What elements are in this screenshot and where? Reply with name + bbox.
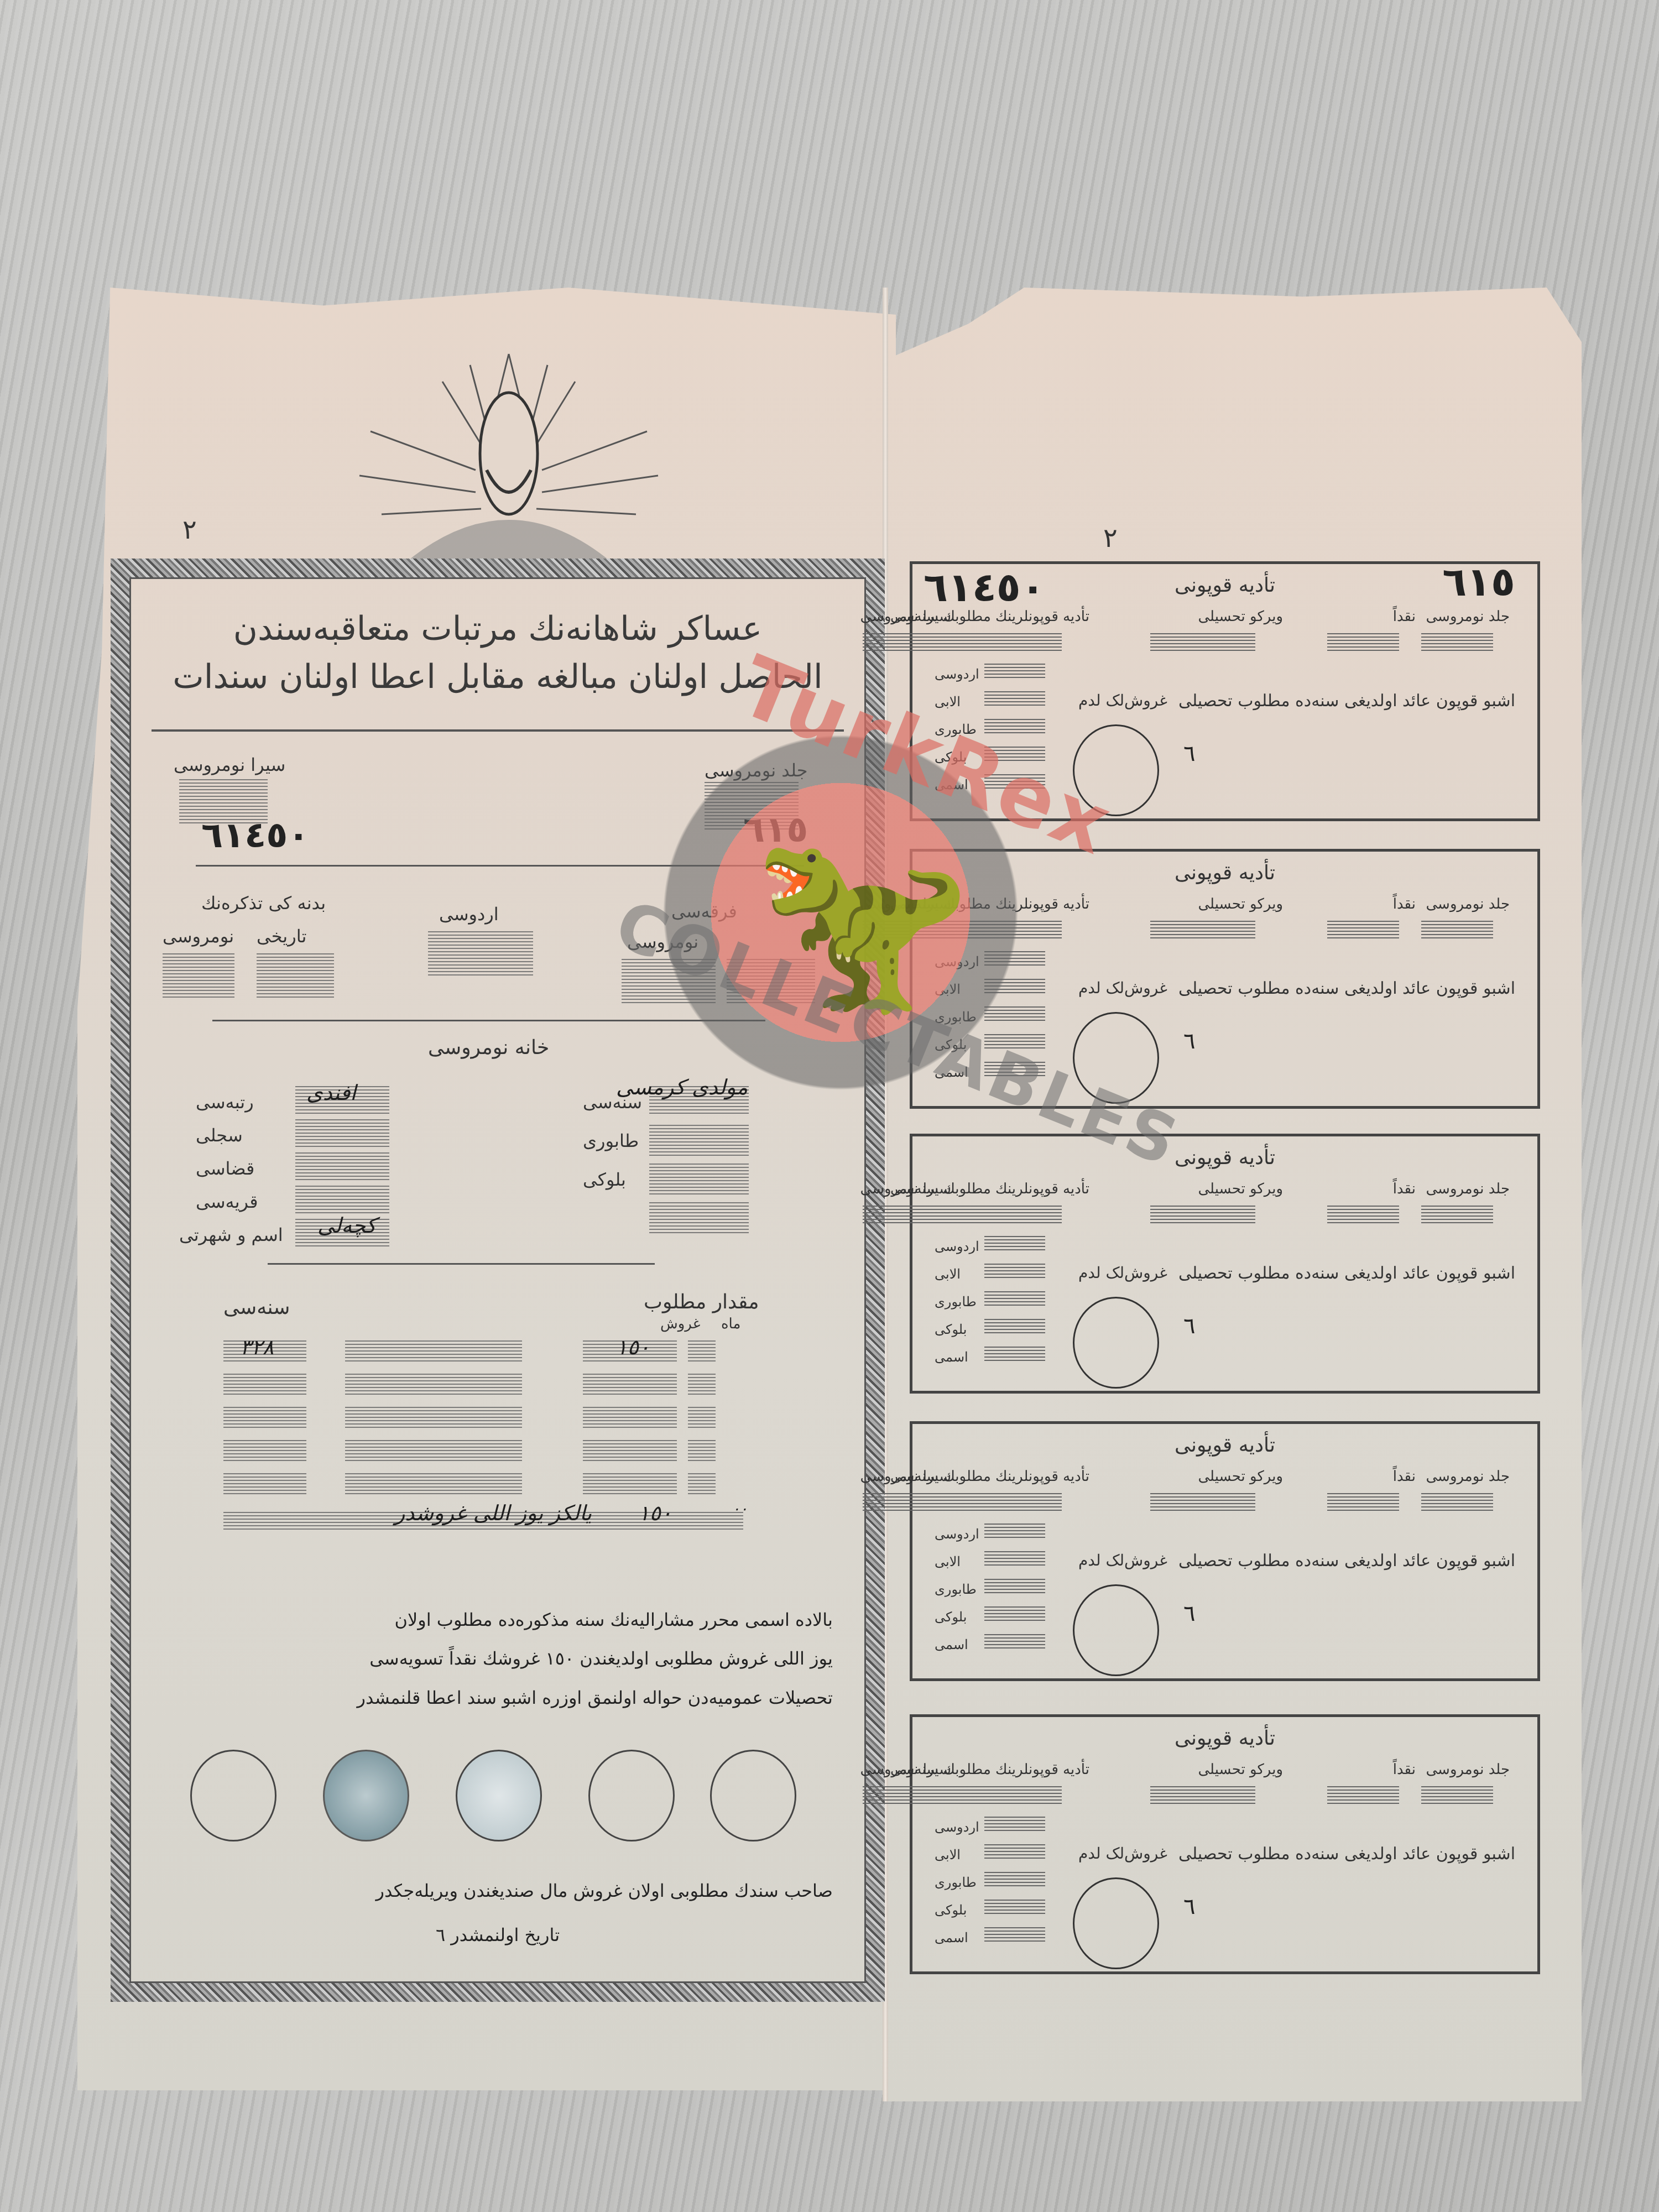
table-desc-cell <box>345 1473 522 1496</box>
table-amount-value: ١٥٠ <box>616 1335 650 1359</box>
field-tezkere-date-label: تاریخی <box>257 926 306 947</box>
table-month-cell <box>688 1473 716 1496</box>
body-line-1: بالاده اسمی محرر مشارالیه‌نك سنه مذکوره‌… <box>163 1600 833 1639</box>
coupon-side-label: الابی <box>935 694 961 709</box>
certificate-heading: عساکر شاهانه‌نك مرتبات متعاقبه‌سندن الحا… <box>152 605 844 701</box>
coupon-side-label: اسمی <box>935 1930 968 1945</box>
coupon-header: جلد نومروسی <box>1426 1468 1510 1485</box>
page-number-left: ٢ <box>182 514 197 545</box>
table-year-cell <box>223 1440 306 1463</box>
field-tezkere-number-label: نومروسی <box>163 926 234 947</box>
coupon-field <box>1327 921 1399 941</box>
seal-slot-5 <box>710 1750 796 1841</box>
coupon-header: ویرکو تحسیلی <box>1198 896 1283 912</box>
kaza-label: قضاسی <box>196 1158 254 1179</box>
coupon-field <box>1150 1786 1255 1806</box>
seal-stamp-pale <box>456 1750 542 1841</box>
table-month-cell <box>688 1340 716 1364</box>
coupon-title: تأدیه قوپونی <box>912 862 1537 884</box>
field-box <box>622 959 716 1003</box>
heading-rule <box>152 729 844 732</box>
coupon-side-label: اردوسی <box>935 1239 979 1254</box>
table-header-month: ماه <box>721 1316 740 1332</box>
field-ordu-label: اردوسی <box>439 904 499 925</box>
coupon-side-label: طابوری <box>935 722 977 737</box>
coupon-side-field <box>984 1236 1045 1253</box>
coupon-field <box>1150 921 1255 941</box>
field-firka-number-label: نومروسی <box>627 931 698 952</box>
coupon-header: جلد نومروسی <box>1426 1761 1510 1778</box>
table-total-month: ٠٠ <box>732 1501 748 1517</box>
coupon-field <box>1150 633 1255 653</box>
coupon-side-label: الابی <box>935 1554 961 1569</box>
coupon-mark: ٦ <box>1183 1313 1195 1339</box>
coupon: تأدیه قوپونیجلد نومروسینقداًویرکو تحسیلی… <box>910 1421 1540 1681</box>
coupon-side-field <box>984 1844 1045 1861</box>
ornament-rule-2 <box>212 1020 765 1021</box>
rank-value: افندی <box>306 1081 356 1105</box>
sicil-label: سجلی <box>196 1125 243 1146</box>
table-desc-cell <box>345 1374 522 1397</box>
coupon-side-field <box>984 1347 1045 1363</box>
seal-slot-4 <box>588 1750 675 1841</box>
coupon-side-label: اردوسی <box>935 666 979 682</box>
coupon-header: نقداً <box>1393 608 1416 625</box>
coupon-side-field <box>984 664 1045 680</box>
coupon-field <box>918 921 1062 941</box>
coupon-mark: ٦ <box>1183 741 1195 766</box>
table-amount-cell <box>583 1407 677 1430</box>
coupon-field <box>1150 1493 1255 1513</box>
coupon-side-label: الابی <box>935 982 961 997</box>
coupon-header: نقداً <box>1393 1761 1416 1778</box>
coupon: تأدیه قوپونیجلد نومروسینقداًویرکو تحسیلی… <box>910 561 1540 821</box>
coupon-field <box>1421 1206 1493 1225</box>
table-desc-cell <box>345 1340 522 1364</box>
table-year-cell <box>223 1473 306 1496</box>
coupon-header: سیرا نومروسی <box>860 1761 951 1778</box>
ottoman-coat-of-arms-icon <box>288 332 730 564</box>
coupon-side-label: بلوکی <box>935 749 967 765</box>
coupon-side-field <box>984 719 1045 735</box>
coupon-body-text: اشبو قوپون عائد اولدیغی سنه‌ده مطلوب تحص… <box>1178 1844 1515 1864</box>
coupon-stamp-circle <box>1073 1297 1159 1389</box>
footer-line-1: صاحب سندك مطلوبی اولان غروش مال صندیغندن… <box>163 1871 833 1910</box>
coupon-side-label: طابوری <box>935 1875 977 1890</box>
coupon-field <box>863 921 935 941</box>
coupon-field <box>1421 633 1493 653</box>
table-year-cell <box>223 1407 306 1430</box>
register-number-label: سيرا نومروسی <box>174 754 285 775</box>
table-header-amount: مقدار مطلوب <box>644 1291 759 1313</box>
battalion-label: طابوری <box>583 1130 639 1151</box>
coupon-field <box>918 1493 1062 1513</box>
heading-line-2: الحاصل اولنان مبالغه مقابل اعطا اولنان س… <box>152 653 844 701</box>
coupon-side-label: بلوکی <box>935 1037 967 1052</box>
coupon-stamp-circle <box>1073 1584 1159 1676</box>
coupon-side-label: اسمی <box>935 1065 968 1080</box>
coupon-header: نقداً <box>1393 1181 1416 1197</box>
field-box <box>649 1125 749 1158</box>
seal-stamp-blue <box>323 1750 409 1841</box>
coupon-mark: ٦ <box>1183 1601 1195 1626</box>
coupon-serial-number: ٦١٤٥٠ <box>924 564 1045 611</box>
field-box <box>295 1152 389 1180</box>
coupon-side-label: اردوسی <box>935 954 979 969</box>
coupon-field <box>863 633 935 653</box>
coupon-side-label: الابی <box>935 1266 961 1282</box>
coupon-body-text: اشبو قوپون عائد اولدیغی سنه‌ده مطلوب تحص… <box>1178 1264 1515 1283</box>
table-amount-cell <box>583 1374 677 1397</box>
coupon-side-field <box>984 1291 1045 1308</box>
table-desc-cell <box>345 1407 522 1430</box>
coupon-side-field <box>984 1872 1045 1888</box>
coupon-field <box>1327 1493 1399 1513</box>
coupon-stamp-label: غروش‌لک لدم <box>1078 691 1167 709</box>
coupon-side-field <box>984 1006 1045 1023</box>
coupon-side-field <box>984 1551 1045 1568</box>
page-number-right: ٢ <box>1103 523 1118 554</box>
coupon-field <box>863 1786 935 1806</box>
coupon-side-field <box>984 1634 1045 1651</box>
coupon-field <box>1421 1786 1493 1806</box>
coupon-title: تأدیه قوپونی <box>912 1727 1537 1750</box>
table-month-cell <box>688 1407 716 1430</box>
coupon-side-field <box>984 1034 1045 1051</box>
coupon-side-field <box>984 951 1045 968</box>
coupon-title: تأدیه قوپونی <box>912 1146 1537 1169</box>
table-amount-cell <box>583 1440 677 1463</box>
field-firka-label: فرقه‌سی <box>671 901 737 922</box>
coupon-stamp-label: غروش‌لک لدم <box>1078 979 1167 997</box>
field-box <box>257 953 334 998</box>
year-value: مولدی کرمسی <box>616 1075 748 1099</box>
coupon: تأدیه قوپونیجلد نومروسینقداًویرکو تحسیلی… <box>910 1714 1540 1974</box>
coupon-mark: ٦ <box>1183 1894 1195 1919</box>
coupon-field <box>918 1206 1062 1225</box>
table-month-cell <box>688 1374 716 1397</box>
field-box <box>163 953 234 998</box>
table-desc-cell <box>345 1440 522 1463</box>
hane-label: خانه نومروسی <box>428 1036 549 1059</box>
coupon-side-label: اسمی <box>935 1637 968 1652</box>
coupon-field <box>918 633 1062 653</box>
field-box <box>727 959 815 1003</box>
coupon-side-label: اردوسی <box>935 1819 979 1835</box>
coupon-stamp-circle <box>1073 1877 1159 1969</box>
coupon-side-label: طابوری <box>935 1582 977 1597</box>
coupon-field <box>1150 1206 1255 1225</box>
table-year-value: ٣٢٨ <box>240 1335 274 1359</box>
coupon-field <box>1327 633 1399 653</box>
coupon-side-field <box>984 1524 1045 1540</box>
village-label: قریه‌سی <box>196 1191 258 1212</box>
coupon-header: جلد نومروسی <box>1426 1181 1510 1197</box>
body-line-3: تحصیلات عمومیه‌دن حواله اولنمق اوزره اشب… <box>163 1678 833 1717</box>
coupon: تأدیه قوپونیجلد نومروسینقداًویرکو تحسیلی… <box>910 1134 1540 1394</box>
certificate-body: بالاده اسمی محرر مشارالیه‌نك سنه مذکوره‌… <box>163 1600 833 1717</box>
name-label: اسم و شهرتی <box>179 1224 283 1245</box>
coupon-header: سیرا نومروسی <box>860 1468 951 1485</box>
coupon-header: جلد نومروسی <box>1426 896 1510 912</box>
field-box <box>295 1186 389 1213</box>
coupon-side-label: اسمی <box>935 1349 968 1365</box>
coupon-header: ویرکو تحسیلی <box>1198 1181 1283 1197</box>
coupon-body-text: اشبو قوپون عائد اولدیغی سنه‌ده مطلوب تحص… <box>1178 979 1515 998</box>
field-box <box>649 1202 749 1235</box>
rank-label: رتبه‌سی <box>196 1092 254 1113</box>
coupon-field <box>1421 1493 1493 1513</box>
table-total-text: يالكز يوز اللى غروشدر <box>395 1501 592 1525</box>
coupon-side-field <box>984 1319 1045 1335</box>
coupon-stamp-label: غروش‌لک لدم <box>1078 1844 1167 1863</box>
table-year-cell <box>223 1374 306 1397</box>
coupon-stamp-circle <box>1073 1012 1159 1104</box>
heading-line-1: عساکر شاهانه‌نك مرتبات متعاقبه‌سندن <box>152 605 844 653</box>
coupon-field <box>1327 1786 1399 1806</box>
coupon-side-field <box>984 1579 1045 1595</box>
table-subheader-currency: غروش <box>660 1316 700 1332</box>
coupon-mark: ٦ <box>1183 1029 1195 1054</box>
coupon-field <box>918 1786 1062 1806</box>
coupon: تأدیه قوپونیجلد نومروسینقداًویرکو تحسیلی… <box>910 849 1540 1109</box>
coupon-side-field <box>984 979 1045 995</box>
coupon-header: سیرا نومروسی <box>860 1181 951 1197</box>
body-line-2: یوز اللی غروش مطلوبی اولدیغندن ١٥٠ غروشك… <box>163 1639 833 1678</box>
coupon-header: ویرکو تحسیلی <box>1198 1468 1283 1485</box>
coupon-body-text: اشبو قوپون عائد اولدیغی سنه‌ده مطلوب تحص… <box>1178 691 1515 711</box>
table-month-cell <box>688 1440 716 1463</box>
coupon-side-label: اسمی <box>935 777 968 792</box>
name-value: کچه‌لی <box>317 1213 376 1238</box>
table-amount-cell <box>583 1473 677 1496</box>
coupon-side-label: طابوری <box>935 1009 977 1025</box>
ornament-rule-1 <box>196 865 804 867</box>
field-tezkere-label: بدنه کی تذکره‌نك <box>201 893 326 914</box>
coupon-stamp-label: غروش‌لک لدم <box>1078 1551 1167 1569</box>
table-total-amount: ١٥٠ <box>638 1501 672 1525</box>
footer-line-2: تاریخ اولنمشدر ٦ <box>163 1916 833 1954</box>
company-label: بلوکی <box>583 1169 626 1190</box>
coupon-side-field <box>984 1606 1045 1623</box>
coupon-header: جلد نومروسی <box>1426 608 1510 625</box>
coupon-field <box>1327 1206 1399 1225</box>
coupon-stamp-circle <box>1073 724 1159 816</box>
coupon-field <box>1421 921 1493 941</box>
coupon-title: تأدیه قوپونی <box>912 1434 1537 1457</box>
coupon-side-field <box>984 691 1045 708</box>
coupon-field <box>863 1493 935 1513</box>
coupon-stamp-label: غروش‌لک لدم <box>1078 1264 1167 1282</box>
coupon-side-label: بلوکی <box>935 1902 967 1918</box>
coupon-side-field <box>984 1900 1045 1916</box>
coupon-side-field <box>984 747 1045 763</box>
coupon-side-field <box>984 774 1045 791</box>
volume-number: ٦١٥ <box>743 810 808 851</box>
ornament-rule-3 <box>268 1263 655 1265</box>
coupon-body-text: اشبو قوپون عائد اولدیغی سنه‌ده مطلوب تحص… <box>1178 1551 1515 1571</box>
field-box <box>428 931 533 975</box>
table-header-year: سنه‌سی <box>223 1296 290 1319</box>
coupon-volume-number: ٦١٥ <box>1442 559 1515 605</box>
coupon-side-field <box>984 1264 1045 1280</box>
coupon-header: سیرا نومروسی <box>860 608 951 625</box>
coupon-side-label: الابی <box>935 1847 961 1863</box>
coupon-side-label: بلوکی <box>935 1322 967 1337</box>
field-box <box>649 1164 749 1197</box>
coupon-side-field <box>984 1817 1045 1833</box>
coupon-side-label: بلوکی <box>935 1609 967 1625</box>
seal-slot-1 <box>190 1750 276 1841</box>
coupon-side-field <box>984 1927 1045 1944</box>
register-number: ٦١٤٥٠ <box>201 815 309 856</box>
certificate-border: عساکر شاهانه‌نك مرتبات متعاقبه‌سندن الحا… <box>111 559 885 2002</box>
coupon-field <box>863 1206 935 1225</box>
coupon-side-field <box>984 1062 1045 1078</box>
coupon-side-label: اردوسی <box>935 1526 979 1542</box>
volume-number-label: جلد نومروسی <box>705 760 808 781</box>
coupon-header: ویرکو تحسیلی <box>1198 608 1283 625</box>
coupon-header: نقداً <box>1393 1468 1416 1485</box>
coupon-header: ویرکو تحسیلی <box>1198 1761 1283 1778</box>
coupon-header: نقداً <box>1393 896 1416 912</box>
coupon-header: سیرا نومروسی <box>860 896 951 912</box>
field-box <box>295 1119 389 1147</box>
coupon-side-label: طابوری <box>935 1294 977 1310</box>
